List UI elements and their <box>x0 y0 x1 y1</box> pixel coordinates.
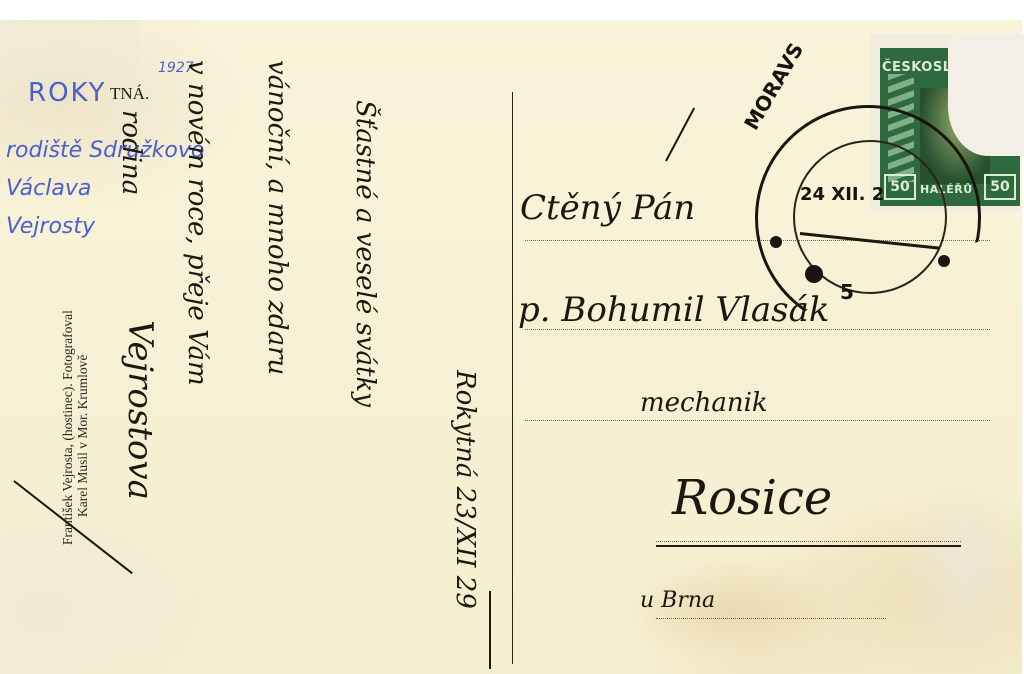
pen-stroke <box>489 591 491 669</box>
address-line-3 <box>525 420 990 421</box>
address-town: Rosice <box>672 470 832 526</box>
postmark-date: 24 XII. 2 <box>800 184 884 205</box>
stamp-value-right: 50 <box>984 174 1016 200</box>
message-place-date: Rokytná 23/XII 29 <box>450 370 480 609</box>
annotation-line-2: rodiště Sdružkovo <box>6 138 204 163</box>
postmark-dot <box>770 236 782 248</box>
address-town-underline <box>656 545 961 547</box>
message-line-4: rodina <box>116 110 146 195</box>
postmark-number: 5 <box>840 280 854 304</box>
printed-credit: František Vejrosta, (hostinec). Fotograf… <box>60 310 90 545</box>
annotation-line-4: Vejrosty <box>6 214 95 239</box>
message-line-2: vánoční, a mnoho zdaru <box>262 60 292 375</box>
annotation-line-3: Václava <box>6 176 91 201</box>
printed-title-fragment: TNÁ. <box>110 84 149 104</box>
message-line-1: Šťastné a veselé svátky <box>350 100 380 407</box>
address-line-2 <box>525 329 990 330</box>
worn-corner <box>0 20 140 80</box>
postmark-dot <box>805 265 823 283</box>
stain <box>900 470 1024 670</box>
postmark-dot <box>938 255 950 267</box>
annotation-line-1: ROKY <box>28 78 107 108</box>
printed-credit-line-1: František Vejrosta, (hostinec). Fotograf… <box>60 310 75 545</box>
address-divider-line <box>512 92 513 664</box>
address-occupation: mechanik <box>640 388 768 418</box>
address-line-5 <box>656 618 886 619</box>
address-line-4 <box>656 541 961 542</box>
address-region: u Brna <box>640 588 715 613</box>
message-signature: Vejrostova <box>120 320 160 500</box>
printed-credit-line-2: Karel Musil v Mor. Krumlově <box>75 310 90 545</box>
message-line-3: v novém roce, přeje Vám <box>182 60 212 386</box>
stamp-torn-area <box>948 34 1024 156</box>
address-name: p. Bohumil Vlasák <box>518 290 829 330</box>
address-salutation: Ctěný Pán <box>520 188 695 228</box>
